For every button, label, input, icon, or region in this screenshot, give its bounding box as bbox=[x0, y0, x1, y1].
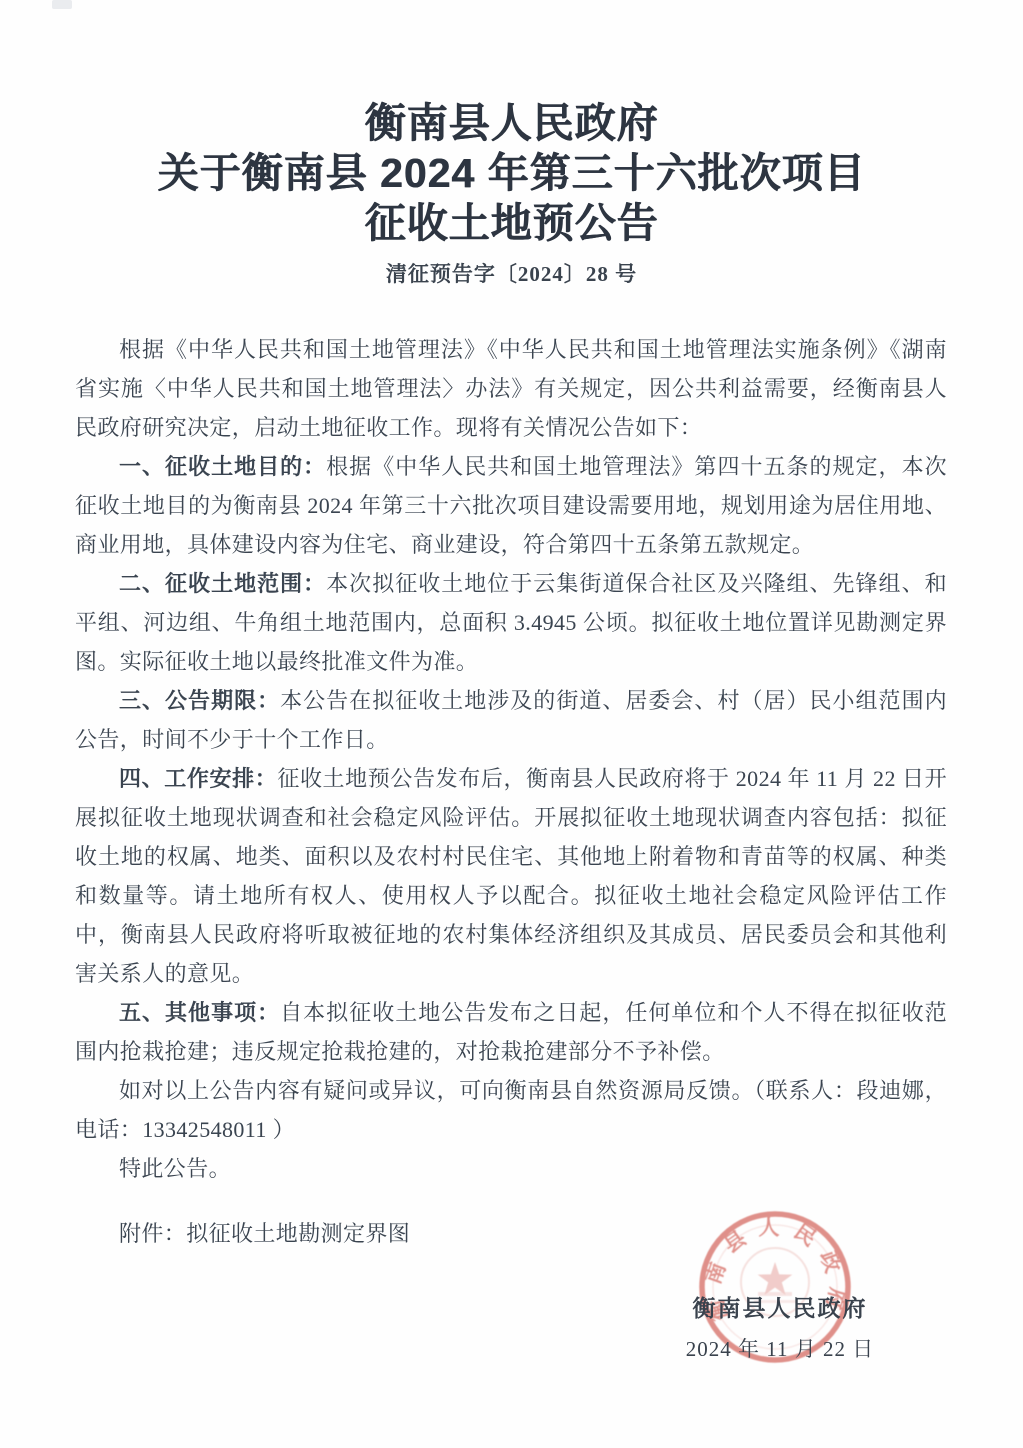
doc-title-line-1: 衡南县人民政府 bbox=[0, 98, 1023, 148]
official-seal: 衡南县人民政府 bbox=[666, 1178, 884, 1396]
paragraph-text: 特此公告。 bbox=[119, 1156, 231, 1181]
paragraph-text: 根据《中华人民共和国土地管理法》《中华人民共和国土地管理法实施条例》《湖南省实施… bbox=[75, 337, 947, 440]
seal-star-icon bbox=[758, 1262, 793, 1295]
document-body: 根据《中华人民共和国土地管理法》《中华人民共和国土地管理法实施条例》《湖南省实施… bbox=[75, 330, 947, 1253]
section-lead: 四、工作安排： bbox=[119, 766, 277, 791]
section-lead: 三、公告期限： bbox=[119, 688, 280, 713]
issuer-signature: 衡南县人民政府 bbox=[652, 1293, 908, 1325]
paragraph-section-3: 三、公告期限：本公告在拟征收土地涉及的街道、居委会、村（居）民小组范围内公告，时… bbox=[75, 681, 947, 759]
signature-block: 衡南县人民政府 2024 年 11 月 22 日 bbox=[652, 1293, 908, 1363]
scan-artifact bbox=[52, 0, 72, 9]
section-lead: 一、征收土地目的： bbox=[119, 454, 326, 479]
doc-title-line-2: 关于衡南县 2024 年第三十六批次项目 bbox=[0, 148, 1023, 198]
doc-title-line-3: 征收土地预公告 bbox=[0, 198, 1023, 248]
paragraph-section-4: 四、工作安排：征收土地预公告发布后，衡南县人民政府将于 2024 年 11 月 … bbox=[75, 759, 947, 993]
issue-date: 2024 年 11 月 22 日 bbox=[652, 1335, 908, 1363]
paragraph-feedback: 如对以上公告内容有疑问或异议，可向衡南县自然资源局反馈。（联系人：段迪娜，电话：… bbox=[75, 1071, 947, 1149]
title-block: 衡南县人民政府 关于衡南县 2024 年第三十六批次项目 征收土地预公告 bbox=[0, 98, 1023, 248]
paragraph-section-5: 五、其他事项：自本拟征收土地公告发布之日起，任何单位和个人不得在拟征收范围内抢栽… bbox=[75, 993, 947, 1071]
paragraph-intro: 根据《中华人民共和国土地管理法》《中华人民共和国土地管理法实施条例》《湖南省实施… bbox=[75, 330, 947, 447]
section-lead: 五、其他事项： bbox=[119, 1000, 280, 1025]
doc-number: 清征预告字〔2024〕28 号 bbox=[0, 258, 1023, 288]
paragraph-section-1: 一、征收土地目的：根据《中华人民共和国土地管理法》第四十五条的规定，本次征收土地… bbox=[75, 447, 947, 564]
announcement-page: 衡南县人民政府 关于衡南县 2024 年第三十六批次项目 征收土地预公告 清征预… bbox=[0, 0, 1023, 1448]
paragraph-text: 征收土地预公告发布后，衡南县人民政府将于 2024 年 11 月 22 日开展拟… bbox=[75, 766, 947, 986]
paragraph-text: 如对以上公告内容有疑问或异议，可向衡南县自然资源局反馈。（联系人：段迪娜，电话：… bbox=[75, 1078, 947, 1142]
section-lead: 二、征收土地范围： bbox=[119, 571, 326, 596]
paragraph-section-2: 二、征收土地范围：本次拟征收土地位于云集街道保合社区及兴隆组、先锋组、和平组、河… bbox=[75, 564, 947, 681]
